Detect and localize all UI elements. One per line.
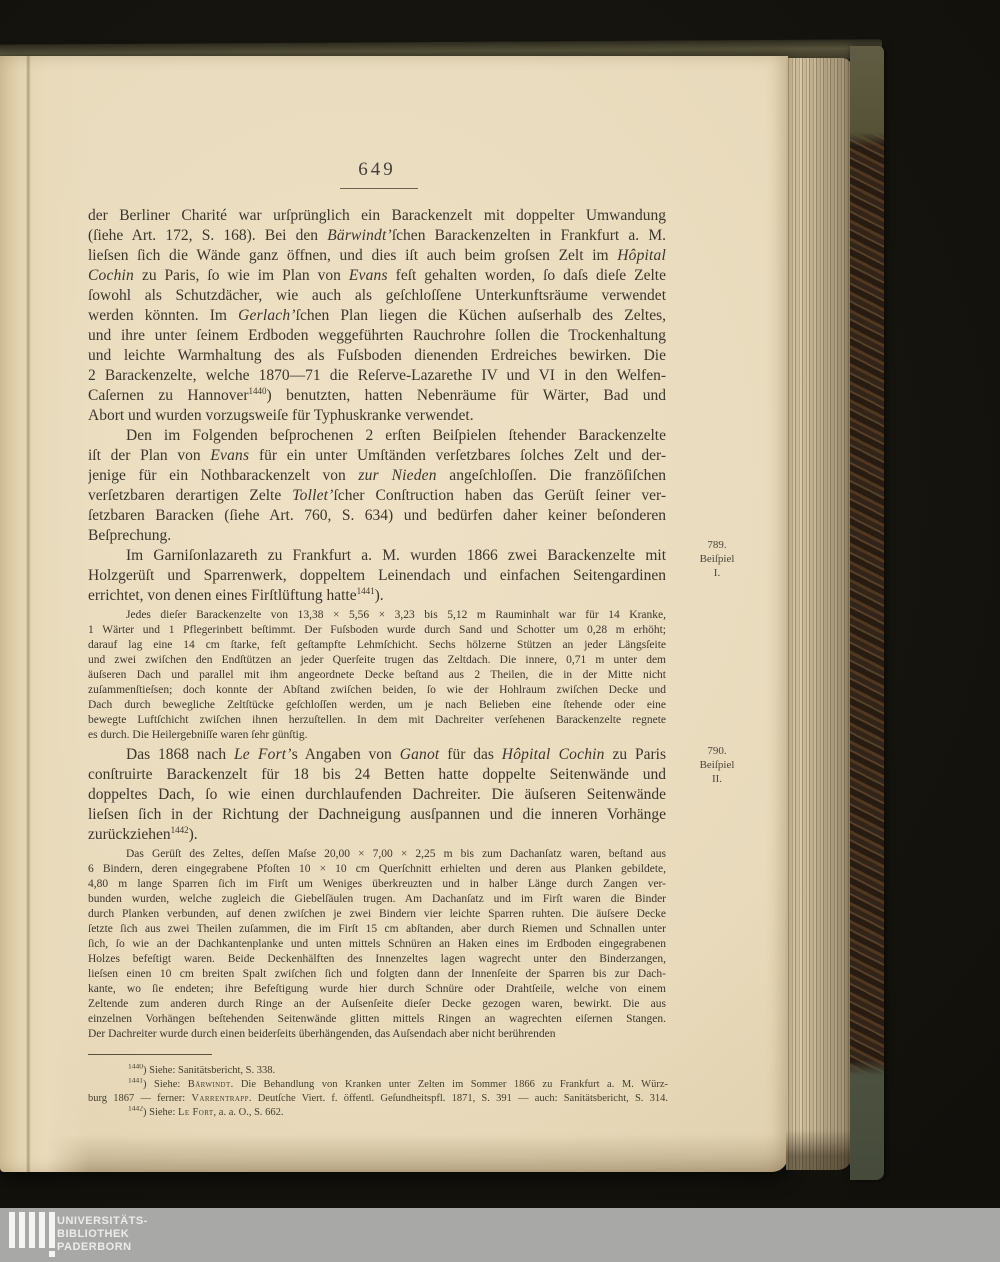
text-line: Caſernen zu Hannover1440) benutzten, hat… [88,386,666,406]
text-line: 6 Bindern, deren eingegrabene Pfoſten 10… [88,862,666,877]
text-line: bunden wurden, welche zugleich die Giebe… [88,892,666,907]
text-line: ſetzbaren Baracken (ſiehe Art. 760, S. 6… [88,506,666,526]
text-line: Der Dachreiter wurde durch einen beiderſ… [88,1027,666,1042]
text-line: Abort und wurden vorzugsweiſe für Typhus… [88,406,666,426]
book-page: 649 der Berliner Charité war urſprünglic… [0,56,788,1172]
text-line: conſtruirte Barackenzelt für 18 bis 24 B… [88,765,666,785]
footnote-rule [88,1054,212,1055]
paragraph: Jedes dieſer Barackenzelte von 13,38 × 5… [88,608,666,743]
library-name-line: PADERBORN [57,1241,148,1254]
footnote-line: burg 1867 — ferner: Varrentrapp. Deutſch… [88,1092,668,1106]
page-number-rule [340,188,418,189]
text-line: Cochin zu Paris, ſo wie im Plan von Evan… [88,266,666,286]
text-line: bewegte Luftſchicht zwiſchen ihnen herzu… [88,713,666,728]
paragraph: der Berliner Charité war urſprünglich ei… [88,206,666,426]
text-line: Das 1868 nach Le Fort’s Angaben von Gano… [88,745,666,765]
text-line: iſt der Plan von Evans für ein unter Umſ… [88,446,666,466]
paragraph: Das Gerüſt des Zeltes, deſſen Maſse 20,0… [88,847,666,1042]
text-line: 2 Barackenzelte, welche 1870—71 die Reſe… [88,366,666,386]
footnote-line: 1440) Siehe: Sanitätsbericht, S. 338. [88,1064,668,1078]
logo-bar [49,1212,55,1248]
text-line: zurückziehen1442). [88,825,666,845]
logo-bar [9,1212,15,1248]
text-line: 4,80 m lange Sparren ſich im Firſt um We… [88,877,666,892]
text-line: ſich, ſo wie an der Dachkantenplanke und… [88,937,666,952]
text-line: und ihre unter ſeinem Erdboden weggeführ… [88,326,666,346]
text-line: lieſsen ſich in der Richtung der Dachnei… [88,805,666,825]
margin-note-line: Beiſpiel [688,758,746,772]
page-number: 649 [88,159,666,181]
text-line: jenige für ein Nothbarackenzelt von zur … [88,466,666,486]
text-line: darauf lag eine 14 cm ſtarke, feſt geſta… [88,638,666,653]
margin-note-line: II. [688,772,746,786]
text-line: (ſiehe Art. 172, S. 168). Bei den Bärwin… [88,226,666,246]
logo-bar [19,1212,25,1248]
text-line: doppeltes Dach, ſo wie einen durchlaufen… [88,785,666,805]
text-line: errichtet, von denen eines Firſtlüftung … [88,586,666,606]
text-line: Holzes befeſtigt waren. Beide Deckenhälf… [88,952,666,967]
paragraph: Im Garniſonlazareth zu Frankfurt a. M. w… [88,546,666,606]
paragraph: Den im Folgenden beſprochenen 2 erſten B… [88,426,666,546]
text-line: Das Gerüſt des Zeltes, deſſen Maſse 20,0… [88,847,666,862]
text-line: kante, wo ſie endeten; ihre Befeſtigung … [88,982,666,997]
library-name-line: UNIVERSITÄTS- [57,1215,148,1228]
library-name: UNIVERSITÄTS- BIBLIOTHEK PADERBORN [57,1215,148,1254]
text-line: ſetzte ſich aus zwei Theilen zuſammen, d… [88,922,666,937]
logo-bar [29,1212,35,1248]
text-line: 1 Wärter und 1 Pflegerinbett beſtimmt. D… [88,623,666,638]
text-line: es durch. Die Heilergebniſſe waren ſehr … [88,728,666,743]
margin-note-line: Beiſpiel [688,552,746,566]
ub-paderborn-logo-icon [9,1212,55,1258]
text-line: einzelnen Vorhängen beſtehenden Seitenwä… [88,1012,666,1027]
text-line: Holzgerüſt und Sparrenwerk, doppeltem Le… [88,566,666,586]
text-line: Dach durch bewegliche Zeltſtücke geſchlo… [88,698,666,713]
margin-note-line: 789. [688,538,746,552]
text-line: werden könnten. Im Gerlach’ſchen Plan li… [88,306,666,326]
text-line: und zwei zwiſchen den Endſtützen an jede… [88,653,666,668]
text-line: verſetzbaren derartigen Zelte Tollet’ſch… [88,486,666,506]
text-line: lieſsen einen 10 cm breiten Spalt zwiſch… [88,967,666,982]
text-line: Jedes dieſer Barackenzelte von 13,38 × 5… [88,608,666,623]
text-column: der Berliner Charité war urſprünglich ei… [88,206,666,1044]
footnote-line: 1442) Siehe: Le Fort, a. a. O., S. 662. [88,1106,668,1120]
text-line: Zeltende zum anderen durch Ringe an der … [88,997,666,1012]
logo-dot [49,1251,55,1257]
text-line: äuſseren Dach und parallel mit ihm angeo… [88,668,666,683]
margin-note-line: 790. [688,744,746,758]
text-line: durch Planken verbunden, auf denen zwiſc… [88,907,666,922]
margin-note-line: I. [688,566,746,580]
book-cover [850,46,884,1180]
margin-note: 790.BeiſpielII. [688,744,746,786]
text-line: der Berliner Charité war urſprünglich ei… [88,206,666,226]
text-line: ſowohl als Schutzdächer, wie auch als ge… [88,286,666,306]
logo-bar [39,1212,45,1248]
text-line: lieſsen ſich die Wände ganz öffnen, und … [88,246,666,266]
library-footer: UNIVERSITÄTS- BIBLIOTHEK PADERBORN [0,1208,1000,1262]
footnotes: 1440) Siehe: Sanitätsbericht, S. 338.144… [88,1064,668,1120]
text-line: und leichte Warmhaltung des als Fuſsbode… [88,346,666,366]
text-line: Beſprechung. [88,526,666,546]
footnote-line: 1441) Siehe: Bärwindt. Die Behandlung vo… [88,1078,668,1092]
text-line: Den im Folgenden beſprochenen 2 erſten B… [88,426,666,446]
text-line: Im Garniſonlazareth zu Frankfurt a. M. w… [88,546,666,566]
page-edges [786,58,852,1170]
scan-background: 649 der Berliner Charité war urſprünglic… [0,0,1000,1262]
margin-note: 789.BeiſpielI. [688,538,746,580]
text-line: zuſammenſtieſsen; doch konnte der Abſtan… [88,683,666,698]
paragraph: Das 1868 nach Le Fort’s Angaben von Gano… [88,745,666,845]
logo-exclamation-bar [49,1212,55,1257]
library-name-line: BIBLIOTHEK [57,1228,148,1241]
